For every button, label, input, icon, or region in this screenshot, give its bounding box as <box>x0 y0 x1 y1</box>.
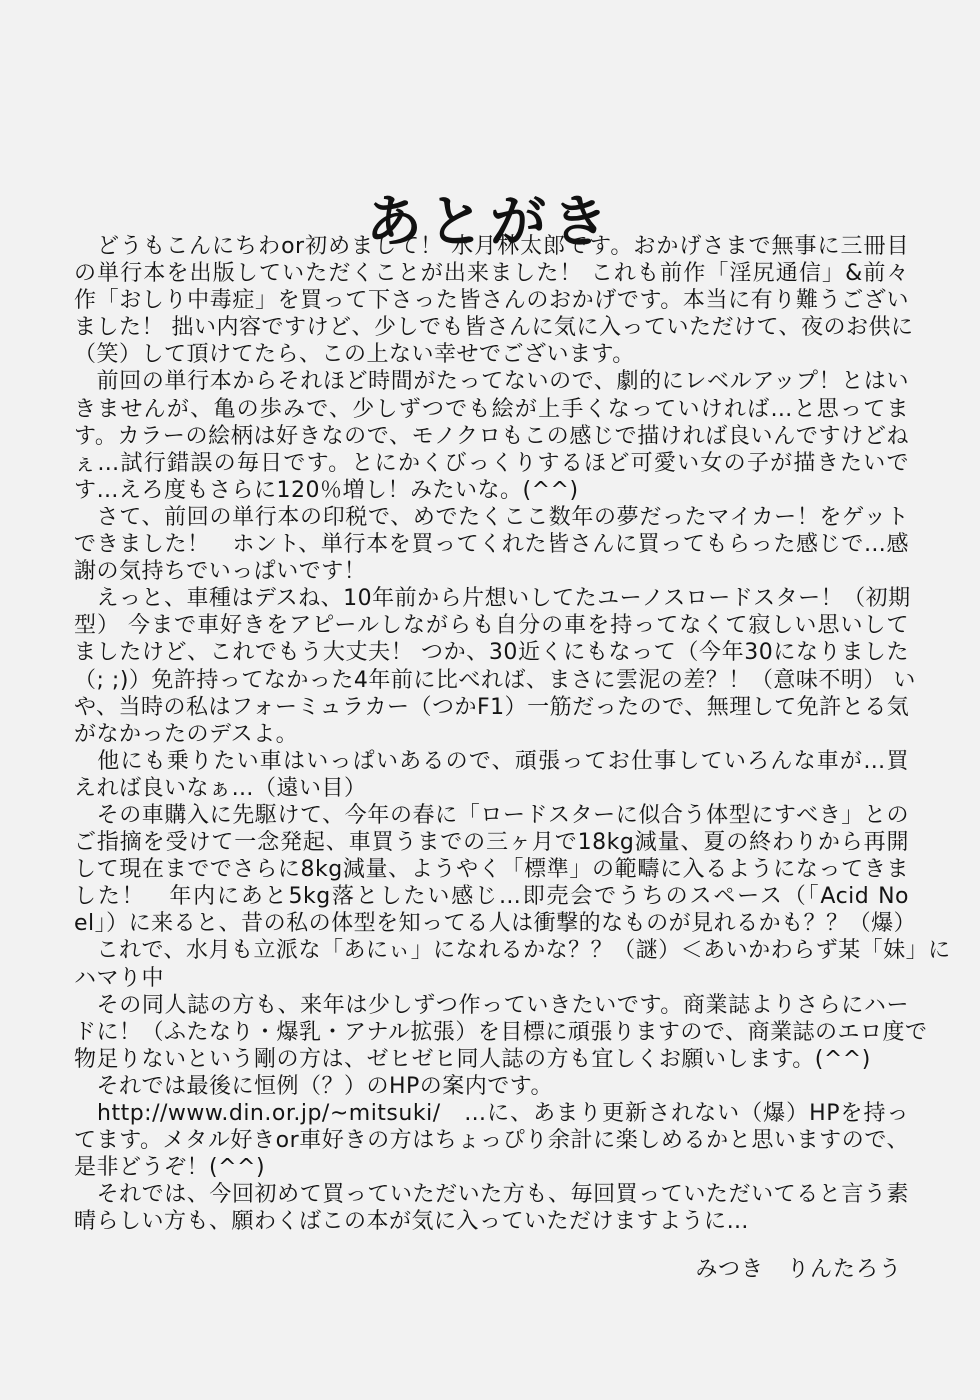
text-line: す。カラーの絵柄は好きなので、モノクロもこの感じで描ければ良いんですけどね <box>74 423 909 450</box>
text-line: 是非どうぞ！(^^) <box>74 1154 909 1181</box>
text-line: や、当時の私はフォーミュラカー（つかF1）一筋だったので、無理して免許とる気 <box>74 694 909 721</box>
text-line: 型） 今まで車好きをアピールしながらも自分の車を持ってなくて寂しい思いして <box>74 612 909 639</box>
text-line: それでは最後に恒例（？）のHPの案内です。 <box>74 1073 909 1100</box>
text-line: できました！ ホント、単行本を買ってくれた皆さんに買ってもらった感じで…感 <box>74 531 909 558</box>
text-line: ましたけど、これでもう大丈夫！ つか、30近くにもなって（今年30になりました <box>74 639 909 666</box>
text-line: ました！ 拙い内容ですけど、少しでも皆さんに気に入っていただけて、夜のお供に <box>74 314 909 341</box>
text-line: がなかったのデスよ。 <box>74 721 909 748</box>
text-line: ドに！（ふたなり・爆乳・アナル拡張）を目標に頑張りますので、商業誌のエロ度で <box>74 1019 909 1046</box>
text-line: これで、水月も立派な「あにぃ」になれるかな？？（謎）＜あいかわらず某「妹」に <box>74 937 909 964</box>
text-line: した！ 年内にあと5kg落としたい感じ…即売会でうちのスペース（「Acid No <box>74 883 909 910</box>
text-line: それでは、今回初めて買っていただいた方も、毎回買っていただいてると言う素 <box>74 1181 909 1208</box>
text-line: el」）に来ると、昔の私の体型を知ってる人は衝撃的なものが見れるかも？？（爆） <box>74 910 909 937</box>
text-line: 晴らしい方も、願わくばこの本が気に入っていただけますように… <box>74 1208 909 1235</box>
text-line: きませんが、亀の歩みで、少しずつでも絵が上手くなっていければ…と思ってま <box>74 396 909 423</box>
text-line: その同人誌の方も、来年は少しずつ作っていきたいです。商業誌よりさらにハー <box>74 992 909 1019</box>
text-line: す…えろ度もさらに120％増し！みたいな。(^^) <box>74 477 909 504</box>
text-line: えれば良いなぁ…（遠い目） <box>74 775 909 802</box>
text-line: てます。メタル好きor車好きの方はちょっぴり余計に楽しめるかと思いますので、 <box>74 1127 909 1154</box>
text-line: その車購入に先駆けて、今年の春に「ロードスターに似合う体型にすべき」との <box>74 802 909 829</box>
text-line: ハマり中 <box>74 965 909 992</box>
text-line: （笑）して頂けてたら、この上ない幸せでございます。 <box>74 341 909 368</box>
text-line: の単行本を出版していただくことが出来ました！ これも前作「淫尻通信」&前々 <box>74 260 909 287</box>
author-signature: みつき りんたろう <box>695 1256 902 1284</box>
text-line: 物足りないという剛の方は、ゼヒゼヒ同人誌の方も宜しくお願いします。(^^) <box>74 1046 909 1073</box>
text-line: どうもこんにちわor初めまして！ 水月林太郎です。おかげさまで無事に三冊目 <box>74 233 909 260</box>
text-line: 前回の単行本からそれほど時間がたってないので、劇的にレベルアップ！とはい <box>74 368 909 395</box>
text-line: えっと、車種はデスね、10年前から片想いしてたユーノスロードスター！（初期 <box>74 585 909 612</box>
text-line: 他にも乗りたい車はいっぱいあるので、頑張ってお仕事していろんな車が…買 <box>74 748 909 775</box>
afterword-body: どうもこんにちわor初めまして！ 水月林太郎です。おかげさまで無事に三冊目 の単… <box>74 233 909 1235</box>
text-line: して現在まででさらに8kg減量、ようやく「標準」の範疇に入るようになってきま <box>74 856 909 883</box>
text-line: ぇ…試行錯誤の毎日です。とにかくびっくりするほど可愛い女の子が描きたいで <box>74 450 909 477</box>
text-line: ご指摘を受けて一念発起、車買うまでの三ヶ月で18kg減量、夏の終わりから再開 <box>74 829 909 856</box>
text-line: さて、前回の単行本の印税で、めでたくここ数年の夢だったマイカー！をゲット <box>74 504 909 531</box>
url-line: http://www.din.or.jp/~mitsuki/ …に、あまり更新さ… <box>74 1100 909 1127</box>
text-line: 謝の気持ちでいっぱいです！ <box>74 558 909 585</box>
text-line: 作「おしり中毒症」を買って下さった皆さんのおかげです。本当に有り難うござい <box>74 287 909 314</box>
text-line: （; ;)）免許持ってなかった4年前に比べれば、まさに雲泥の差？！（意味不明） … <box>74 667 909 694</box>
